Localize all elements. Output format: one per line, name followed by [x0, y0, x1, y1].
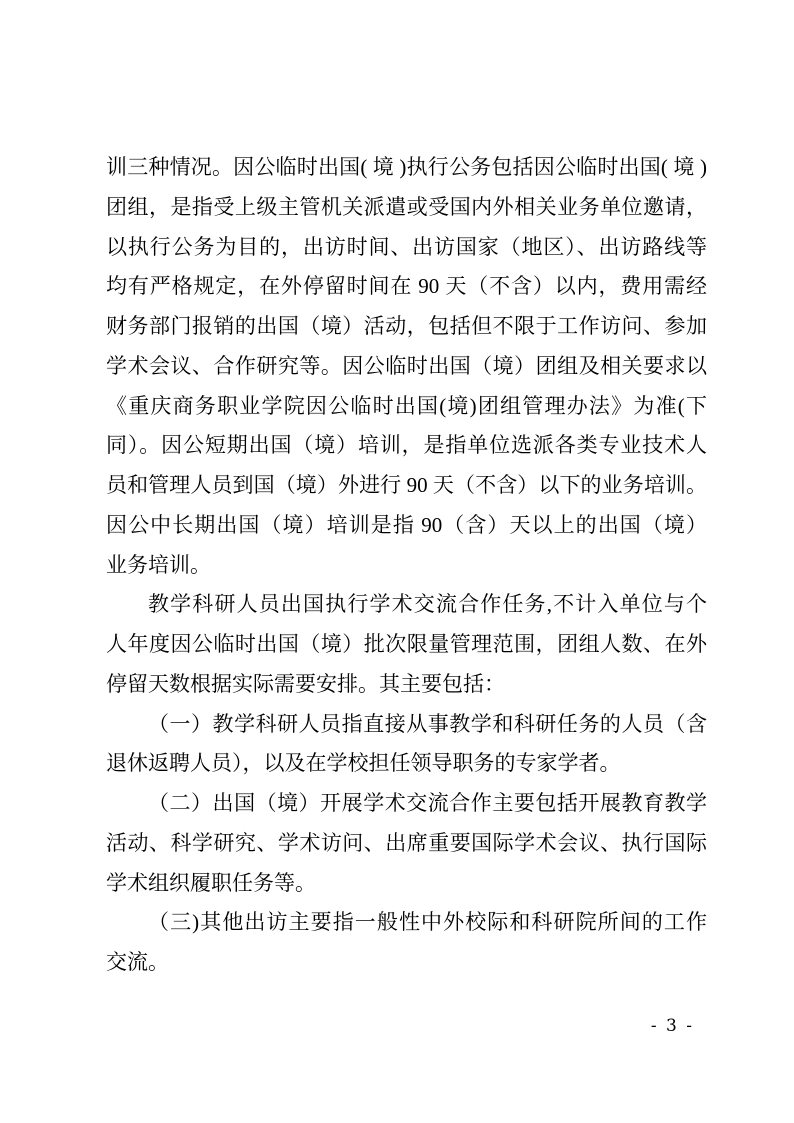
text-line: 人年度因公临时出国（境）批次限量管理范围，团组人数、在外 [106, 625, 707, 665]
text-line: （三)其他出访主要指一般性中外校际和科研院所间的工作 [106, 903, 707, 943]
text-line: 以执行公务为目的，出访时间、出访国家（地区）、出访路线等 [106, 228, 707, 268]
text-line: 训三种情况。因公临时出国( 境 )执行公务包括因公临时出国( 境 ) [106, 148, 707, 188]
text-line: 因公中长期出国（境）培训是指 90（含）天以上的出国（境） [106, 506, 707, 546]
text-line: 退休返聘人员），以及在学校担任领导职务的专家学者。 [106, 744, 707, 784]
text-line: 员和管理人员到国（境）外进行 90 天（不含）以下的业务培训。 [106, 466, 707, 506]
page-number: - 3 - [651, 1014, 694, 1038]
text-line: 活动、科学研究、学术访问、出席重要国际学术会议、执行国际 [106, 824, 707, 864]
text-line: 教学科研人员出国执行学术交流合作任务,不计入单位与个 [106, 585, 707, 625]
text-line: 均有严格规定，在外停留时间在 90 天（不含）以内，费用需经 [106, 267, 707, 307]
text-line: 财务部门报销的出国（境）活动，包括但不限于工作访问、参加 [106, 307, 707, 347]
text-line: （一）教学科研人员指直接从事教学和科研任务的人员（含 [106, 705, 707, 745]
text-line: （二）出国（境）开展学术交流合作主要包括开展教育教学 [106, 784, 707, 824]
text-line: 同）。因公短期出国（境）培训，是指单位选派各类专业技术人 [106, 426, 707, 466]
text-line: 学术会议、合作研究等。因公临时出国（境）团组及相关要求以 [106, 347, 707, 387]
document-page: 训三种情况。因公临时出国( 境 )执行公务包括因公临时出国( 境 )团组，是指受… [0, 0, 794, 1123]
text-line: 业务培训。 [106, 546, 707, 586]
text-line: 停留天数根据实际需要安排。其主要包括： [106, 665, 707, 705]
text-line: 团组，是指受上级主管机关派遣或受国内外相关业务单位邀请， [106, 188, 707, 228]
text-line: 学术组织履职任务等。 [106, 864, 707, 904]
text-line: 交流。 [106, 943, 707, 983]
text-line: 《重庆商务职业学院因公临时出国(境)团组管理办法》为准(下 [106, 387, 707, 427]
document-body: 训三种情况。因公临时出国( 境 )执行公务包括因公临时出国( 境 )团组，是指受… [106, 148, 707, 983]
